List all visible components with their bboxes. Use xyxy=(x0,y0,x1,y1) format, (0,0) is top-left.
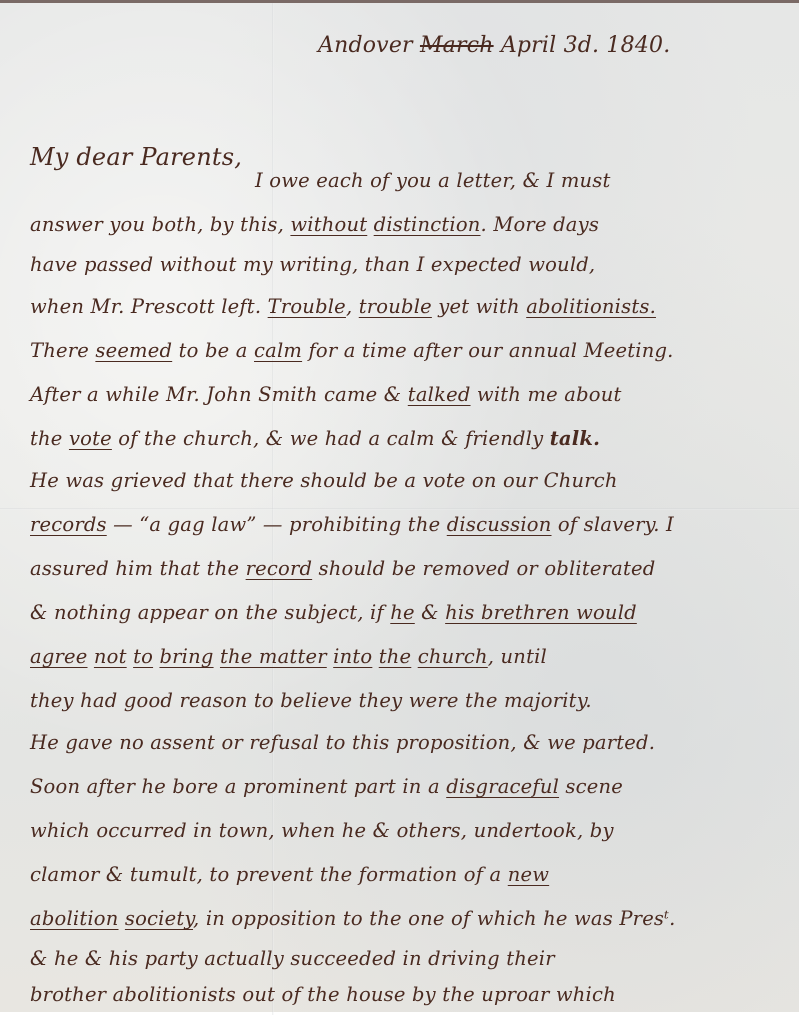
dateline-struck-word: March xyxy=(420,33,494,58)
letter-page: Andover March April 3d. 1840. My dear Pa… xyxy=(0,0,799,1012)
line-text: , xyxy=(346,295,359,318)
line-text: yet with xyxy=(432,295,526,318)
underlined-text: discussion xyxy=(447,513,552,536)
underlined-text: into xyxy=(333,645,372,668)
dateline-date: April 3d. 1840. xyxy=(501,33,671,58)
line-text: He gave no assent or refusal to this pro… xyxy=(30,731,655,754)
letter-line: have passed without my writing, than I e… xyxy=(30,253,595,276)
underlined-text: agree xyxy=(30,645,88,668)
line-text: He was grieved that there should be a vo… xyxy=(30,469,618,492)
line-text: with me about xyxy=(471,383,622,406)
line-text: , in opposition to the one of which he w… xyxy=(193,907,676,930)
line-text: of slavery. I xyxy=(552,513,674,536)
line-text: for a time after our annual Meeting. xyxy=(302,339,673,362)
paper-fold-horizontal xyxy=(0,508,799,510)
line-text: scene xyxy=(559,775,623,798)
underlined-text: his brethren would xyxy=(445,601,637,624)
line-text: Soon after he bore a prominent part in a xyxy=(30,775,446,798)
line-text: when Mr. Prescott left. xyxy=(30,295,268,318)
line-text: should be removed or obliterated xyxy=(312,557,655,580)
line-text: have passed without my writing, than I e… xyxy=(30,253,595,276)
underlined-text: seemed xyxy=(95,339,172,362)
underlined-text: without xyxy=(290,213,367,236)
underlined-text: disgraceful xyxy=(446,775,559,798)
underlined-text: trouble xyxy=(359,295,432,318)
dateline-place: Andover xyxy=(318,33,413,58)
line-text: After a while Mr. John Smith came & xyxy=(30,383,408,406)
underlined-text: the xyxy=(379,645,412,668)
line-text: & xyxy=(415,601,445,624)
letter-line: clamor & tumult, to prevent the formatio… xyxy=(30,863,549,886)
underlined-text: record xyxy=(246,557,313,580)
line-text: they had good reason to believe they wer… xyxy=(30,689,592,712)
underlined-text: calm xyxy=(254,339,302,362)
line-text: . More days xyxy=(481,213,600,236)
letter-line: records — “a gag law” — prohibiting the … xyxy=(30,513,674,536)
letter-line: which occurred in town, when he & others… xyxy=(30,819,614,842)
letter-line: when Mr. Prescott left. Trouble, trouble… xyxy=(30,295,656,318)
underlined-text: abolition xyxy=(30,907,119,930)
line-text: There xyxy=(30,339,95,362)
underlined-text: abolitionists. xyxy=(526,295,656,318)
line-text: brother abolitionists out of the house b… xyxy=(30,983,616,1006)
letter-line: He was grieved that there should be a vo… xyxy=(30,469,618,492)
underlined-text: not xyxy=(94,645,127,668)
dateline: Andover March April 3d. 1840. xyxy=(318,33,670,58)
letter-line: & he & his party actually succeeded in d… xyxy=(30,947,555,970)
underlined-text: he xyxy=(390,601,415,624)
letter-line: There seemed to be a calm for a time aft… xyxy=(30,339,674,362)
letter-line: He gave no assent or refusal to this pro… xyxy=(30,731,655,754)
line-text: I owe each of you a letter, & I must xyxy=(255,169,611,192)
line-text: clamor & tumult, to prevent the formatio… xyxy=(30,863,508,886)
letter-line: & nothing appear on the subject, if he &… xyxy=(30,601,637,624)
letter-line: they had good reason to believe they wer… xyxy=(30,689,592,712)
underlined-text: to xyxy=(133,645,153,668)
line-text: which occurred in town, when he & others… xyxy=(30,819,614,842)
line-text: , until xyxy=(488,645,547,668)
underlined-text: society xyxy=(125,907,193,930)
line-text: — “a gag law” — prohibiting the xyxy=(107,513,447,536)
letter-line: assured him that the record should be re… xyxy=(30,557,655,580)
underlined-text: church xyxy=(418,645,488,668)
underlined-text: records xyxy=(30,513,107,536)
underlined-text: distinction xyxy=(374,213,481,236)
letter-line: brother abolitionists out of the house b… xyxy=(30,983,616,1006)
underlined-text: vote xyxy=(69,427,112,450)
letter-line: the vote of the church, & we had a calm … xyxy=(30,427,600,450)
line-text: & he & his party actually succeeded in d… xyxy=(30,947,555,970)
letter-line: abolition society, in opposition to the … xyxy=(30,907,676,930)
underlined-text: Trouble xyxy=(268,295,346,318)
underlined-text: the matter xyxy=(220,645,327,668)
line-text: to be a xyxy=(172,339,254,362)
letter-line: I owe each of you a letter, & I must xyxy=(255,169,611,192)
salutation: My dear Parents, xyxy=(30,143,242,171)
underlined-text: talked xyxy=(408,383,471,406)
letter-line: answer you both, by this, without distin… xyxy=(30,213,599,236)
line-text: assured him that the xyxy=(30,557,246,580)
line-text: the xyxy=(30,427,69,450)
letter-line: After a while Mr. John Smith came & talk… xyxy=(30,383,622,406)
line-text: answer you both, by this, xyxy=(30,213,290,236)
letter-line: Soon after he bore a prominent part in a… xyxy=(30,775,623,798)
letter-line: agree not to bring the matter into the c… xyxy=(30,645,547,668)
line-text: & nothing appear on the subject, if xyxy=(30,601,390,624)
underlined-text: bring xyxy=(159,645,213,668)
line-text: talk. xyxy=(550,427,600,450)
line-text: of the church, & we had a calm & friendl… xyxy=(112,427,550,450)
underlined-text: new xyxy=(508,863,549,886)
